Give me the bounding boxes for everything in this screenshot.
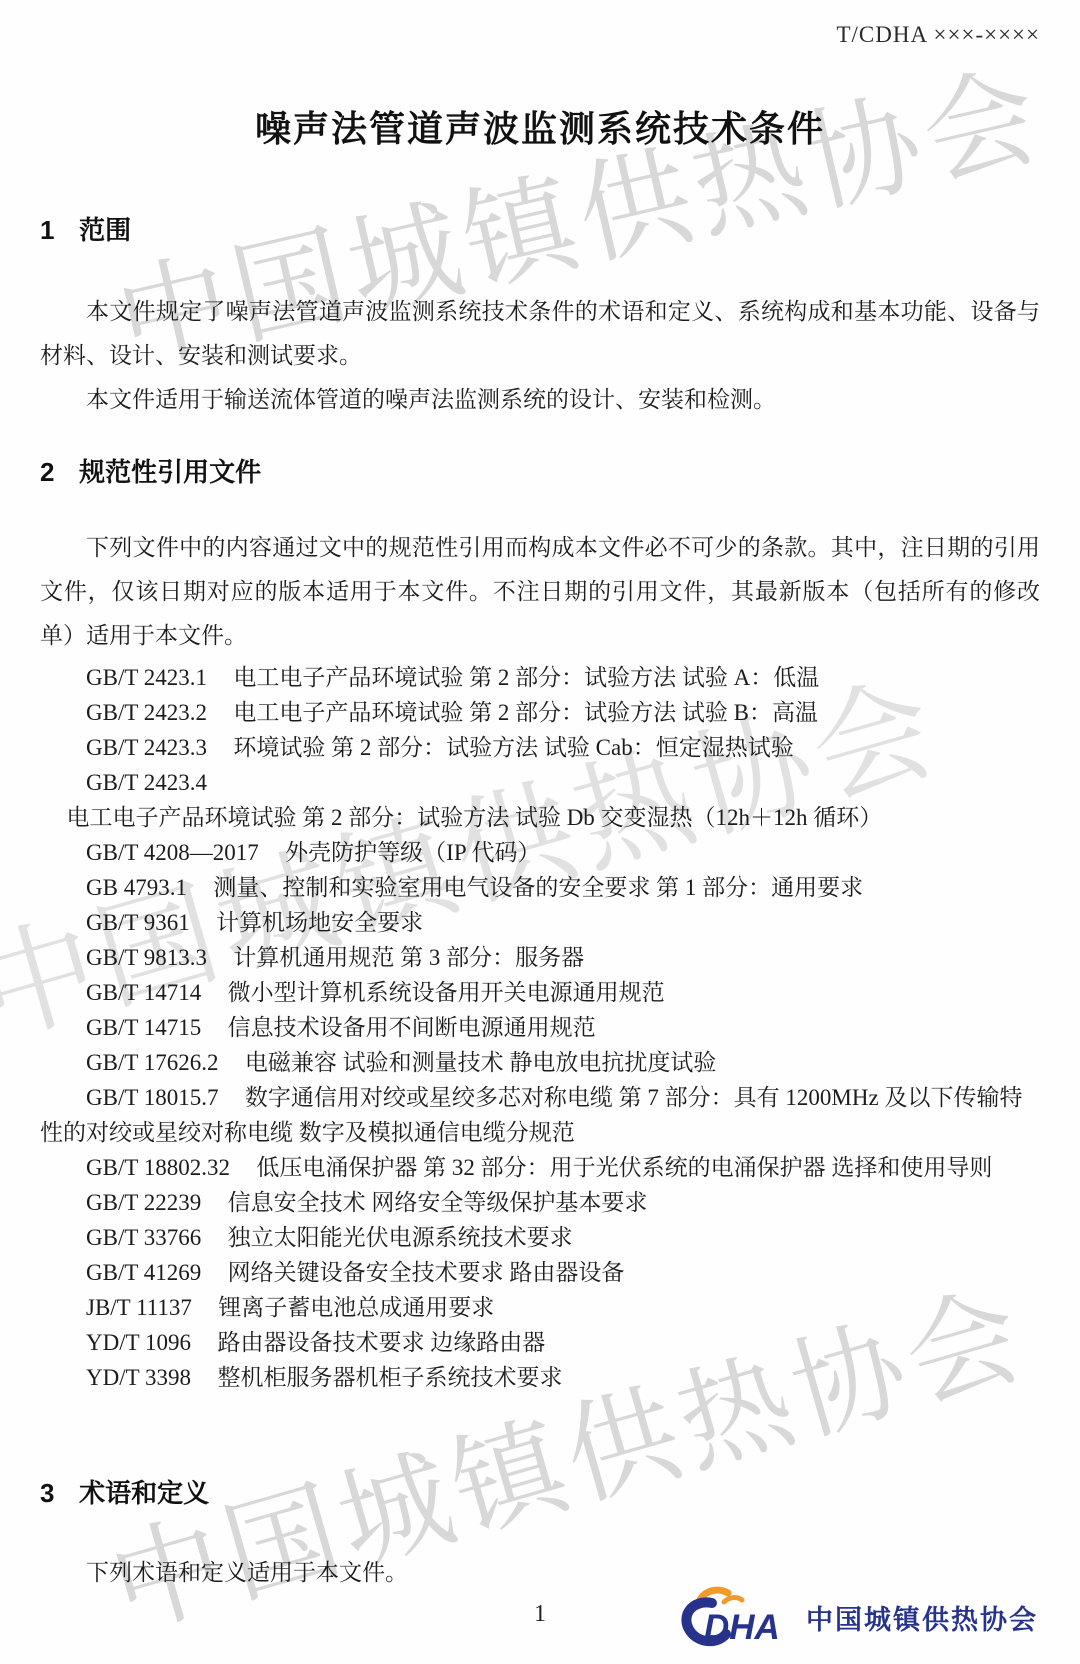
reference-title: 整机柜服务器机柜子系统技术要求 xyxy=(217,1365,562,1390)
section-label: 范围 xyxy=(79,215,131,245)
reference-item: GB/T 2423.2电工电子产品环境试验 第 2 部分：试验方法 试验 B：高… xyxy=(40,695,1040,730)
cdha-logo-icon: DHA xyxy=(676,1586,798,1648)
reference-title: 锂离子蓄电池总成通用要求 xyxy=(218,1295,494,1320)
reference-title: 计算机场地安全要求 xyxy=(216,910,423,935)
reference-item: GB/T 18015.7数字通信用对绞或星绞多芯对称电缆 第 7 部分：具有 1… xyxy=(40,1080,1040,1150)
reference-code: GB/T 41269 xyxy=(86,1260,201,1285)
reference-item: GB/T 2423.1电工电子产品环境试验 第 2 部分：试验方法 试验 A：低… xyxy=(40,660,1040,695)
reference-title: 计算机通用规范 第 3 部分：服务器 xyxy=(233,945,584,970)
reference-title: 环境试验 第 2 部分：试验方法 试验 Cab：恒定湿热试验 xyxy=(233,735,793,760)
reference-item: JB/T 11137锂离子蓄电池总成通用要求 xyxy=(40,1290,1040,1325)
reference-item: GB/T 2423.3环境试验 第 2 部分：试验方法 试验 Cab：恒定湿热试… xyxy=(40,730,1040,765)
section-number: 1 xyxy=(40,215,54,245)
reference-item: GB/T 9813.3计算机通用规范 第 3 部分：服务器 xyxy=(40,940,1040,975)
reference-item: GB/T 41269网络关键设备安全技术要求 路由器设备 xyxy=(40,1255,1040,1290)
reference-code: YD/T 1096 xyxy=(86,1330,191,1355)
reference-code: YD/T 3398 xyxy=(86,1365,191,1390)
reference-code: GB/T 2423.3 xyxy=(86,735,207,760)
section-label: 术语和定义 xyxy=(79,1478,209,1508)
reference-item: GB 4793.1测量、控制和实验室用电气设备的安全要求 第 1 部分：通用要求 xyxy=(40,870,1040,905)
reference-title: 电工电子产品环境试验 第 2 部分：试验方法 试验 A：低温 xyxy=(233,665,819,690)
reference-item: GB/T 2423.4电工电子产品环境试验 第 2 部分：试验方法 试验 Db … xyxy=(40,765,1040,835)
reference-code: GB/T 2423.4 xyxy=(86,770,207,795)
reference-title: 路由器设备技术要求 边缘路由器 xyxy=(217,1330,545,1355)
reference-item: YD/T 1096路由器设备技术要求 边缘路由器 xyxy=(40,1325,1040,1360)
reference-code: GB/T 2423.2 xyxy=(86,700,207,725)
paragraph-scope-1: 本文件规定了噪声法管道声波监测系统技术条件的术语和定义、系统构成和基本功能、设备… xyxy=(40,290,1040,378)
reference-item: GB/T 14714微小型计算机系统设备用开关电源通用规范 xyxy=(40,975,1040,1010)
doc-code: T/CDHA ×××-×××× xyxy=(40,0,1040,50)
reference-title: 外壳防护等级（IP 代码） xyxy=(285,840,540,865)
reference-code: GB/T 17626.2 xyxy=(86,1050,218,1075)
reference-title: 微小型计算机系统设备用开关电源通用规范 xyxy=(228,980,665,1005)
reference-code: GB/T 14715 xyxy=(86,1015,201,1040)
reference-code: GB/T 33766 xyxy=(86,1225,201,1250)
reference-item: YD/T 3398整机柜服务器机柜子系统技术要求 xyxy=(40,1360,1040,1395)
reference-title: 电工电子产品环境试验 第 2 部分：试验方法 试验 Db 交变湿热（12h＋12… xyxy=(66,805,882,830)
reference-code: GB/T 9813.3 xyxy=(86,945,207,970)
document-page: 中国城镇供热协会 中国城镇供热协会 中国城镇供热协会 T/CDHA ×××-××… xyxy=(0,0,1080,1664)
paragraph-scope-2: 本文件适用于输送流体管道的噪声法监测系统的设计、安装和检测。 xyxy=(40,378,1040,422)
reference-item: GB/T 22239信息安全技术 网络安全等级保护基本要求 xyxy=(40,1185,1040,1220)
cdha-logo-abbr: DHA xyxy=(704,1608,780,1647)
section-3-heading: 3术语和定义 xyxy=(40,1475,1040,1511)
reference-code: GB/T 4208—2017 xyxy=(86,840,259,865)
section-number: 2 xyxy=(40,457,54,487)
reference-item: GB/T 14715信息技术设备用不间断电源通用规范 xyxy=(40,1010,1040,1045)
reference-title: 信息技术设备用不间断电源通用规范 xyxy=(228,1015,596,1040)
reference-code: GB/T 9361 xyxy=(86,910,190,935)
reference-code: GB 4793.1 xyxy=(86,875,187,900)
paragraph-references-intro: 下列文件中的内容通过文中的规范性引用而构成本文件必不可少的条款。其中，注日期的引… xyxy=(40,526,1040,658)
section-2-heading: 2规范性引用文件 xyxy=(40,454,1040,490)
reference-item: GB/T 18802.32低压电涌保护器 第 32 部分：用于光伏系统的电涌保护… xyxy=(40,1150,1040,1185)
reference-item: GB/T 33766独立太阳能光伏电源系统技术要求 xyxy=(40,1220,1040,1255)
reference-title: 电工电子产品环境试验 第 2 部分：试验方法 试验 B：高温 xyxy=(233,700,818,725)
section-1-heading: 1范围 xyxy=(40,212,1040,248)
reference-code: GB/T 18015.7 xyxy=(86,1085,218,1110)
document-content: T/CDHA ×××-×××× 噪声法管道声波监测系统技术条件 1范围 本文件规… xyxy=(0,0,1080,1595)
reference-item: GB/T 4208—2017外壳防护等级（IP 代码） xyxy=(40,835,1040,870)
reference-item: GB/T 17626.2电磁兼容 试验和测量技术 静电放电抗扰度试验 xyxy=(40,1045,1040,1080)
reference-title: 测量、控制和实验室用电气设备的安全要求 第 1 部分：通用要求 xyxy=(213,875,863,900)
reference-code: GB/T 2423.1 xyxy=(86,665,207,690)
section-label: 规范性引用文件 xyxy=(79,457,261,487)
cdha-logo: DHA 中国城镇供热协会 xyxy=(676,1586,1038,1648)
reference-title: 低压电涌保护器 第 32 部分：用于光伏系统的电涌保护器 选择和使用导则 xyxy=(256,1155,992,1180)
cdha-logo-org-name: 中国城镇供热协会 xyxy=(806,1598,1038,1637)
reference-title: 独立太阳能光伏电源系统技术要求 xyxy=(228,1225,573,1250)
section-number: 3 xyxy=(40,1478,54,1508)
reference-item: GB/T 9361计算机场地安全要求 xyxy=(40,905,1040,940)
reference-title: 信息安全技术 网络安全等级保护基本要求 xyxy=(228,1190,648,1215)
reference-title: 网络关键设备安全技术要求 路由器设备 xyxy=(228,1260,625,1285)
reference-code: GB/T 14714 xyxy=(86,980,201,1005)
reference-title: 电磁兼容 试验和测量技术 静电放电抗扰度试验 xyxy=(245,1050,717,1075)
reference-code: GB/T 22239 xyxy=(86,1190,201,1215)
document-title: 噪声法管道声波监测系统技术条件 xyxy=(40,104,1040,154)
reference-code: GB/T 18802.32 xyxy=(86,1155,230,1180)
reference-code: JB/T 11137 xyxy=(86,1295,192,1320)
reference-list: GB/T 2423.1电工电子产品环境试验 第 2 部分：试验方法 试验 A：低… xyxy=(40,660,1040,1395)
